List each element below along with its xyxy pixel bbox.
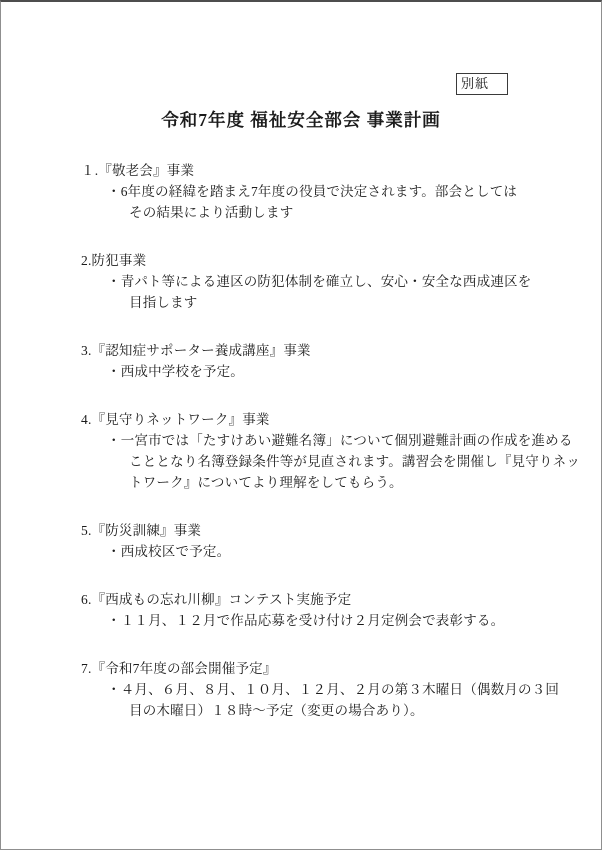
section-2-heading: 2.防犯事業	[81, 250, 571, 271]
section-6-line-1: ・１１月、１２月で作品応募を受け付け２月定例会で表彰する。	[81, 610, 571, 631]
section-keirokai: １.『敬老会』事業 ・6年度の経緯を踏まえ7年度の役員で決定されます。部会として…	[81, 160, 571, 223]
section-1-line-2: その結果により活動します	[81, 202, 571, 223]
section-senryu-contest: 6.『西成もの忘れ川柳』コンテスト実施予定 ・１１月、１２月で作品応募を受け付け…	[81, 589, 571, 631]
section-1-heading: １.『敬老会』事業	[81, 160, 571, 181]
section-7-line-1: ・４月、６月、８月、１０月、１２月、２月の第３木曜日（偶数月の３回	[81, 679, 571, 700]
section-4-line-3: トワーク』についてより理解をしてもらう。	[81, 472, 571, 493]
document-page: 別紙 令和7年度 福祉安全部会 事業計画 １.『敬老会』事業 ・6年度の経緯を踏…	[0, 0, 602, 850]
section-bohan: 2.防犯事業 ・青パト等による連区の防犯体制を確立し、安心・安全な西成連区を 目…	[81, 250, 571, 313]
section-7-line-2: 目の木曜日）１８時～予定（変更の場合あり）。	[81, 700, 571, 721]
section-7-heading: 7.『令和7年度の部会開催予定』	[81, 658, 571, 679]
attachment-label-box: 別紙	[456, 73, 508, 95]
section-5-line-1: ・西成校区で予定。	[81, 541, 571, 562]
section-bukai-kaisai-yotei: 7.『令和7年度の部会開催予定』 ・４月、６月、８月、１０月、１２月、２月の第３…	[81, 658, 571, 721]
document-body: １.『敬老会』事業 ・6年度の経緯を踏まえ7年度の役員で決定されます。部会として…	[1, 160, 601, 721]
section-mimamori-network: 4.『見守りネットワーク』事業 ・一宮市では「たすけあい避難名簿」について個別避…	[81, 409, 571, 493]
section-2-line-2: 目指します	[81, 292, 571, 313]
section-4-line-1: ・一宮市では「たすけあい避難名簿」について個別避難計画の作成を進める	[81, 430, 571, 451]
section-6-heading: 6.『西成もの忘れ川柳』コンテスト実施予定	[81, 589, 571, 610]
section-bosai-kunren: 5.『防災訓練』事業 ・西成校区で予定。	[81, 520, 571, 562]
section-2-line-1: ・青パト等による連区の防犯体制を確立し、安心・安全な西成連区を	[81, 271, 571, 292]
section-1-line-1: ・6年度の経緯を踏まえ7年度の役員で決定されます。部会としては	[81, 181, 571, 202]
section-3-line-1: ・西成中学校を予定。	[81, 361, 571, 382]
section-ninchisho-supporter: 3.『認知症サポーター養成講座』事業 ・西成中学校を予定。	[81, 340, 571, 382]
section-3-heading: 3.『認知症サポーター養成講座』事業	[81, 340, 571, 361]
section-4-heading: 4.『見守りネットワーク』事業	[81, 409, 571, 430]
section-4-line-2: こととなり名簿登録条件等が見直されます。講習会を開催し『見守りネッ	[81, 451, 571, 472]
page-title: 令和7年度 福祉安全部会 事業計画	[1, 2, 601, 132]
section-5-heading: 5.『防災訓練』事業	[81, 520, 571, 541]
